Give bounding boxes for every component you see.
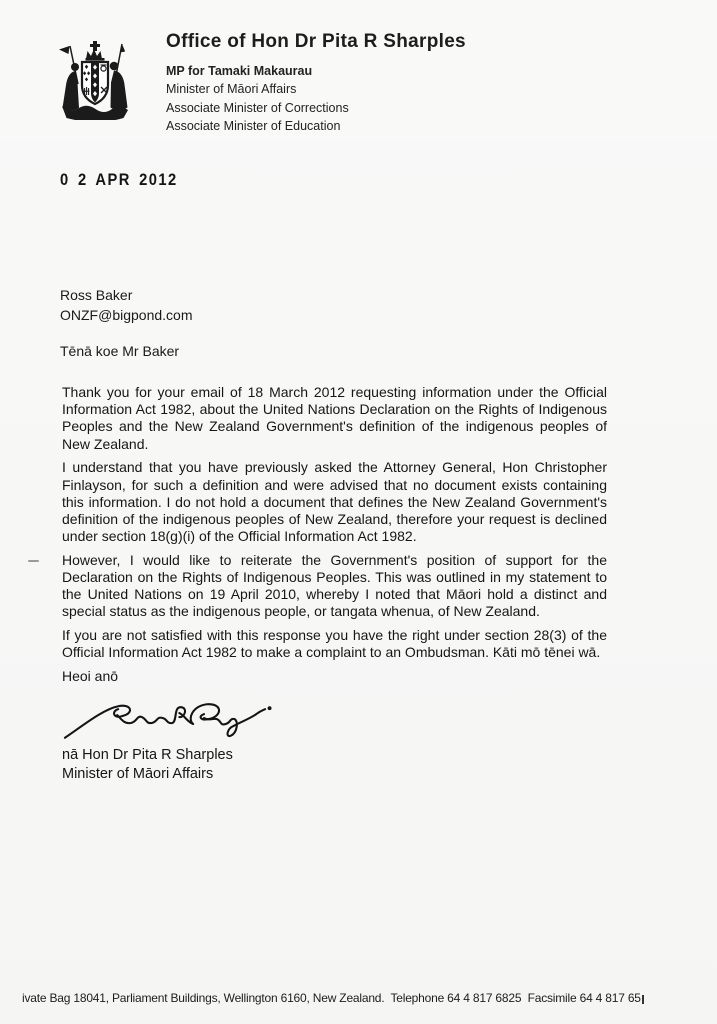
contact-footer-text: ivate Bag 18041, Parliament Buildings, W… <box>22 991 641 1005</box>
paragraph-3: However, I would like to reiterate the G… <box>62 552 607 621</box>
role-assoc-corrections: Associate Minister of Corrections <box>166 99 466 117</box>
minister-roles-list: MP for Tamaki Makaurau Minister of Māori… <box>166 62 466 136</box>
contact-footer: ivate Bag 18041, Parliament Buildings, W… <box>22 991 644 1005</box>
role-minister-maori-affairs: Minister of Māori Affairs <box>166 80 466 98</box>
office-title: Office of Hon Dr Pita R Sharples <box>166 31 466 53</box>
letterhead: Office of Hon Dr Pita R Sharples MP for … <box>166 31 466 136</box>
scanned-letter-page: Office of Hon Dr Pita R Sharples MP for … <box>0 0 717 1024</box>
closing-phrase: Heoi anō <box>62 668 607 685</box>
date-stamp: 0 2 APR 2012 <box>60 171 178 190</box>
scan-artifact-dash <box>28 560 39 562</box>
handwritten-signature <box>62 696 274 746</box>
letter-body: Thank you for your email of 18 March 201… <box>62 384 607 784</box>
nz-coat-of-arms-icon <box>48 40 142 120</box>
role-assoc-education: Associate Minister of Education <box>166 117 466 135</box>
paragraph-2: I understand that you have previously as… <box>62 459 607 545</box>
recipient-email: ONZF@bigpond.com <box>60 306 192 326</box>
recipient-block: Ross Baker ONZF@bigpond.com <box>60 286 192 325</box>
salutation: Tēnā koe Mr Baker <box>60 343 179 359</box>
signer-name: nā Hon Dr Pita R Sharples <box>62 746 607 765</box>
signature-block: nā Hon Dr Pita R Sharples Minister of Mā… <box>62 696 607 784</box>
paragraph-1: Thank you for your email of 18 March 201… <box>62 384 607 453</box>
role-mp: MP for Tamaki Makaurau <box>166 62 466 80</box>
paragraph-4: If you are not satisfied with this respo… <box>62 627 607 661</box>
recipient-name: Ross Baker <box>60 286 192 306</box>
signer-title: Minister of Māori Affairs <box>62 765 607 784</box>
scan-mark <box>642 995 644 1004</box>
